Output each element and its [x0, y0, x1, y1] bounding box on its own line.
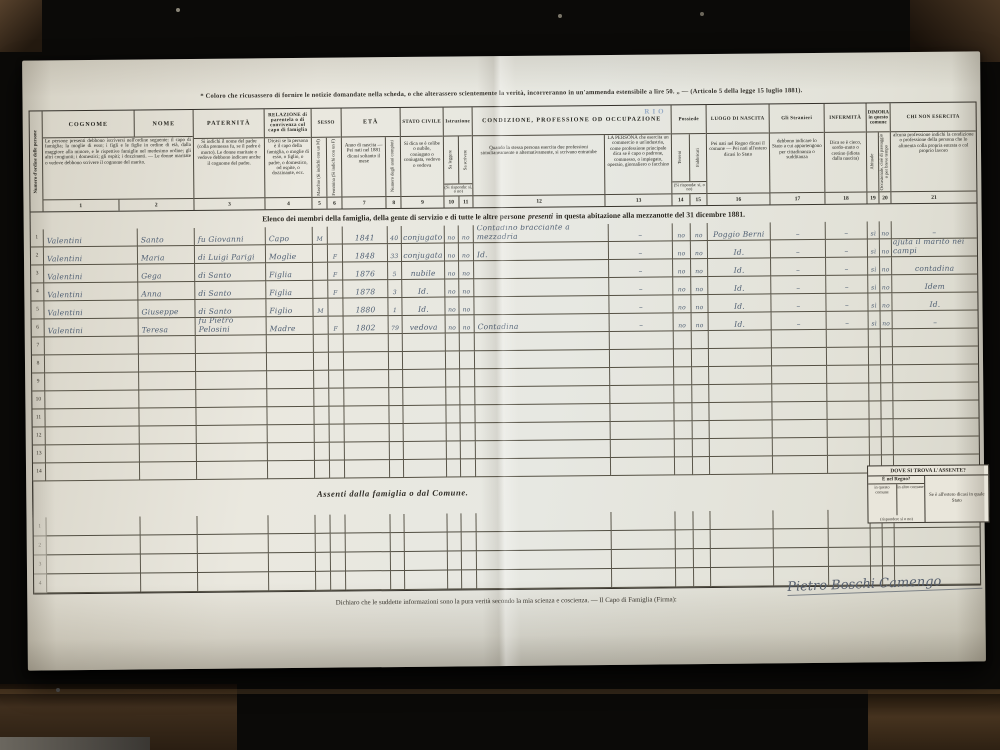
cell-paternita [196, 335, 267, 354]
cell-relazione [268, 443, 315, 461]
cell-paternita: di Santo [195, 281, 266, 300]
col-stato-civile: STATO CIVILE Si dica se è celibe o nubil… [401, 108, 445, 208]
col-numero-ordine: Numero d'ordine delle persone [30, 111, 44, 211]
cell-sesso-m [314, 407, 329, 425]
cell-sesso-f [330, 461, 345, 479]
cell-nome [139, 408, 196, 427]
cell-stato-civile [404, 424, 447, 442]
cell-stato-civile [403, 370, 446, 388]
cell-anno-nascita: 1841 [343, 226, 388, 244]
cell-anni-compiuti [389, 334, 403, 352]
cell-terreni [675, 421, 693, 439]
cell-infermita: – [826, 276, 868, 294]
cell-anno-nascita [346, 533, 391, 552]
cell-condizione [474, 278, 609, 297]
cell-relazione: Madre [267, 317, 314, 335]
cell-stato-civile [405, 571, 448, 590]
cell-anno-nascita: 1876 [343, 262, 388, 280]
cell-anni-compiuti [390, 442, 404, 460]
cell-condizione [475, 404, 610, 423]
cell-chi-non-esercita: ajuta il marito nei campi [892, 238, 977, 257]
col-stranieri: Gli Stranieri debbono indicare lo Stato … [770, 104, 826, 205]
cell-condizione [475, 332, 610, 351]
cell-dimora-abituale: sì [868, 239, 880, 257]
stranieri-desc: debbono indicare lo Stato a cui apparten… [770, 133, 825, 193]
cell-qualifica [610, 331, 674, 350]
cell-infermita [827, 365, 869, 383]
cell-sesso-m [316, 553, 331, 572]
cell-dimora-occasionale [883, 547, 895, 566]
cell-sa-leggere [447, 441, 461, 459]
cell-anni-compiuti [391, 571, 405, 590]
cell-terreni [674, 367, 692, 385]
cell-dimora-abituale: sì [868, 293, 880, 311]
cell-nome: Gega [138, 264, 195, 283]
col-dimora: DIMORA in questo comune Abituale Occasio… [867, 103, 892, 203]
la-persona-desc: LA PERSONA che esercita un commercio o u… [605, 134, 671, 169]
cell-sa-scrivere [460, 387, 475, 405]
cell-dimora-abituale [869, 329, 881, 347]
col-luogo-nascita: LUOGO DI NASCITA Pei nati nel Regno dica… [707, 104, 771, 205]
cell-fabbricati [692, 367, 709, 385]
colnum-15: 15 [690, 194, 707, 205]
row-number: 2 [34, 536, 47, 555]
cell-sa-scrivere [460, 351, 475, 369]
wood-table-edge [0, 689, 1000, 694]
sa-leggere-label: Sa leggere [444, 136, 458, 183]
cell-anni-compiuti [389, 370, 403, 388]
cell-stranieri [772, 384, 827, 403]
cell-stato-civile: Id. [402, 280, 445, 298]
cell-sa-leggere [446, 351, 460, 369]
cell-stato-civile [403, 406, 446, 424]
cell-sesso-f [329, 389, 344, 407]
cell-anni-compiuti: 40 [388, 226, 402, 244]
cell-dimora-occasionale: no [880, 275, 892, 293]
cell-fabbricati: no [691, 241, 708, 259]
colnum-10: 10 [444, 196, 459, 207]
cell-terreni [674, 349, 692, 367]
cell-anni-compiuti: 5 [388, 262, 402, 280]
cell-cognome [47, 554, 141, 574]
paternita-desc: Si indichi il nome del padre (colla prem… [194, 138, 265, 198]
assenti-title: Assenti dalla famiglia o dal Comune. [33, 485, 752, 502]
cell-sa-scrivere: no [459, 261, 474, 279]
colnum-8: 8 [387, 197, 401, 208]
cell-relazione [267, 389, 314, 407]
cell-qualifica [612, 568, 676, 588]
row-number: 10 [32, 391, 45, 409]
cognome-title: COGNOME [43, 111, 135, 138]
estero-label: Se è all'estero dicasi in quale Stato [925, 475, 988, 522]
row-number: 2 [31, 247, 44, 265]
cell-relazione [267, 335, 314, 353]
cell-sesso-m: M [313, 227, 328, 245]
cell-fabbricati: no [691, 295, 708, 313]
cell-anno-nascita: 1802 [344, 316, 389, 334]
cell-paternita [198, 553, 269, 573]
row-number: 3 [31, 265, 44, 283]
cell-qualifica [611, 439, 675, 458]
cell-sesso-f [328, 299, 343, 317]
cell-condizione [475, 350, 610, 369]
altro-comune-label: in altro comune [897, 484, 925, 515]
cell-qualifica [610, 349, 674, 368]
cell-anno-nascita: 1878 [343, 280, 388, 298]
cell-nome [141, 573, 198, 593]
cell-terreni [676, 549, 694, 568]
absent-box-regno: È nel Regno? in questo comune in altro c… [868, 476, 925, 523]
cell-sesso-f: F [329, 317, 344, 335]
cell-nome [139, 336, 196, 355]
cell-relazione [269, 553, 316, 572]
cell-paternita [197, 425, 268, 444]
cell-anni-compiuti [389, 406, 403, 424]
cell-qualifica [611, 421, 675, 440]
dimora-occasionale-label: Occasionale, cioè di passaggio o per bre… [879, 132, 891, 191]
cell-anno-nascita [346, 571, 391, 590]
cell-terreni [674, 403, 692, 421]
cell-cognome: Valentini [45, 319, 139, 338]
cell-qualifica [610, 403, 674, 422]
eta-anni-desc: Numero degli anni compiuti [386, 137, 400, 196]
cell-stato-civile: conjugato [402, 226, 445, 244]
cell-fabbricati [694, 549, 711, 568]
cell-relazione: Moglie [266, 245, 313, 263]
luogo-nascita-title: LUOGO DI NASCITA [707, 104, 769, 134]
cell-chi-non-esercita: Idem [892, 274, 977, 293]
col-possiede: Possiede Terreni Fabbricati (Si risponda… [672, 105, 708, 205]
cell-sesso-f: F [328, 245, 343, 263]
cell-infermita [827, 383, 869, 401]
cell-fabbricati: no [691, 277, 708, 295]
cell-anni-compiuti [390, 424, 404, 442]
stato-civile-title: STATO CIVILE [401, 108, 443, 137]
cell-dimora-occasionale [881, 329, 893, 347]
relazione-title: RELAZIONE di parentela o di convivenza c… [265, 109, 311, 138]
condizione-title: CONDIZIONE, PROFESSIONE OD OCCUPAZIONE [473, 105, 671, 136]
cell-sesso-m [316, 534, 331, 553]
cell-luogo-nascita [711, 529, 774, 549]
possiede-nota: (Si risponda: sì, o no) [672, 181, 706, 194]
cell-sesso-f [330, 425, 345, 443]
cell-stranieri [774, 529, 829, 549]
cell-anni-compiuti [390, 514, 404, 533]
cell-infermita: – [826, 222, 868, 240]
cell-sa-scrivere [462, 532, 477, 551]
cell-sa-leggere: no [445, 279, 459, 297]
cell-dimora-occasionale: no [880, 239, 892, 257]
cell-dimora-abituale [869, 401, 881, 419]
cell-relazione: Figlia [266, 263, 313, 281]
cell-anno-nascita [344, 370, 389, 388]
cell-sa-leggere [446, 387, 460, 405]
photo-background: * Coloro che ricusassero di fornire le n… [0, 0, 1000, 750]
col-eta: ETÀ Anno di nascita — Pei nati nel 1881 … [342, 108, 402, 209]
cell-sa-scrivere [460, 369, 475, 387]
cell-sesso-f [329, 335, 344, 353]
cell-sesso-f [330, 443, 345, 461]
cell-chi-non-esercita [895, 527, 980, 547]
cell-dimora-abituale [871, 528, 883, 547]
cell-fabbricati [693, 457, 710, 475]
cell-qualifica: – [610, 313, 674, 332]
table-body: 1ValentiniSantofu GiovanniCapoM184140con… [31, 220, 979, 481]
colnum-18: 18 [825, 193, 866, 204]
cell-terreni: no [673, 241, 691, 259]
cell-condizione [475, 368, 610, 387]
cell-condizione [476, 512, 611, 532]
cell-sa-scrivere [461, 423, 476, 441]
cell-qualifica [610, 385, 674, 404]
cell-cognome [47, 573, 141, 593]
cell-cognome: Valentini [44, 229, 138, 248]
census-table: Numero d'ordine delle persone COGNOME NO… [29, 101, 982, 594]
cell-stato-civile [404, 460, 447, 478]
row-number: 1 [33, 517, 46, 536]
cell-sa-leggere: no [445, 297, 459, 315]
cell-stato-civile [404, 514, 447, 533]
cell-qualifica: – [609, 295, 673, 314]
stranieri-title: Gli Stranieri [770, 104, 824, 134]
cell-anno-nascita [345, 460, 390, 478]
cell-relazione [268, 461, 315, 479]
nome-title: NOME [135, 110, 193, 137]
cell-dimora-abituale: sì [868, 275, 880, 293]
cell-anno-nascita [344, 334, 389, 352]
cell-sesso-m [313, 245, 328, 263]
cell-fabbricati [692, 385, 709, 403]
colnum-6: 6 [327, 198, 341, 209]
cell-stato-civile [404, 442, 447, 460]
cell-stranieri [773, 420, 828, 439]
colnum-5: 5 [312, 198, 327, 209]
cell-paternita: di Luigi Parigi [195, 245, 266, 264]
colnum-17: 17 [770, 193, 824, 205]
cell-terreni [675, 511, 693, 530]
cell-cognome: Valentini [44, 301, 138, 320]
wood-table-corner [0, 0, 42, 52]
cell-luogo-nascita: Id. [708, 240, 771, 259]
infermita-desc: Dica se è cieco, sordo-muto o cretino (i… [825, 133, 867, 192]
cell-sa-scrivere [462, 551, 477, 570]
cell-sesso-f [331, 572, 346, 591]
cell-stato-civile [405, 552, 448, 571]
cell-stranieri: – [771, 258, 826, 277]
cell-fabbricati [692, 349, 709, 367]
possiede-title: Possiede [672, 105, 706, 134]
cell-luogo-nascita [709, 402, 772, 421]
cell-nome [139, 354, 196, 373]
col-sesso: SESSO Maschio (Si indichi con un M) Femm… [312, 109, 343, 209]
cell-sesso-m [316, 572, 331, 591]
cell-relazione [267, 371, 314, 389]
cell-stato-civile: nubile [402, 262, 445, 280]
colnum-21: 21 [891, 191, 976, 203]
cell-infermita [828, 509, 870, 528]
cell-chi-non-esercita [894, 418, 979, 437]
cell-sa-scrivere: no [459, 297, 474, 315]
cell-sesso-m: M [313, 299, 328, 317]
cell-sesso-m [315, 425, 330, 443]
cell-anni-compiuti: 3 [388, 280, 402, 298]
cell-terreni: no [673, 259, 691, 277]
blue-stamp: RIO [644, 107, 666, 115]
cell-fabbricati [692, 403, 709, 421]
cell-chi-non-esercita: Id. [892, 292, 977, 311]
cell-chi-non-esercita [894, 436, 979, 455]
cell-condizione [474, 296, 609, 315]
cell-nome [139, 390, 196, 409]
cell-sa-leggere [446, 405, 460, 423]
cell-paternita [197, 515, 268, 535]
cell-qualifica: – [609, 259, 673, 278]
cell-stranieri [773, 510, 828, 530]
cell-condizione [477, 531, 612, 551]
cell-sesso-f: F [328, 281, 343, 299]
cell-sesso-f [331, 534, 346, 553]
wood-table-corner [868, 690, 1000, 750]
istruzione-nota: (Si risponda: sì, o no) [444, 183, 472, 196]
cell-qualifica: – [609, 277, 673, 296]
colnum-1: 1 [43, 200, 119, 212]
eta-title: ETÀ [342, 108, 400, 138]
cell-sesso-f [329, 353, 344, 371]
col-paternita: PATERNITÀ Si indichi il nome del padre (… [194, 109, 266, 210]
cell-sesso-m [313, 263, 328, 281]
colnum-9: 9 [401, 197, 443, 208]
cell-sa-leggere: no [445, 225, 459, 243]
cell-relazione: Figlio [266, 299, 313, 317]
colnum-7: 7 [342, 197, 387, 208]
cell-condizione [474, 260, 609, 279]
cell-sesso-m [314, 353, 329, 371]
cell-condizione [475, 386, 610, 405]
cell-relazione [269, 572, 316, 591]
cell-anno-nascita [344, 406, 389, 424]
cell-luogo-nascita [710, 420, 773, 439]
cell-anni-compiuti [391, 533, 405, 552]
stato-civile-desc: Si dica se è celibe o nubile, coniugato … [401, 137, 444, 196]
cell-sa-scrivere [460, 333, 475, 351]
col-cognome-nome: COGNOME NOME Le persone presenti debbono… [43, 110, 195, 211]
cell-anni-compiuti: 1 [388, 298, 402, 316]
cell-condizione: Contadino bracciante a mezzadria [474, 224, 609, 243]
row-number: 14 [33, 463, 46, 481]
table-header: Numero d'ordine delle persone COGNOME NO… [30, 102, 977, 212]
row-number: 12 [33, 427, 46, 445]
cell-stranieri [774, 548, 829, 568]
cell-fabbricati: no [691, 223, 708, 241]
cell-paternita: di Santo [195, 299, 266, 318]
cell-sa-leggere [446, 369, 460, 387]
cell-chi-non-esercita [893, 382, 978, 401]
cell-terreni [676, 568, 694, 587]
cell-luogo-nascita [709, 330, 772, 349]
cell-fabbricati [692, 331, 709, 349]
cell-condizione: Contadina [475, 314, 610, 333]
cell-fabbricati [694, 530, 711, 549]
cell-chi-non-esercita: – [892, 220, 977, 239]
cell-fabbricati: no [692, 313, 709, 331]
colnum-12: 12 [473, 195, 605, 207]
cell-terreni: no [673, 295, 691, 313]
cell-chi-non-esercita: contadina [892, 256, 977, 275]
cell-fabbricati [694, 568, 711, 587]
cell-anni-compiuti [391, 552, 405, 571]
colnum-19: 19 [867, 192, 879, 203]
sesso-title: SESSO [312, 109, 341, 138]
cell-anni-compiuti: 33 [388, 244, 402, 262]
colnum-16: 16 [707, 193, 769, 205]
banner-post: in questa abitazione alla mezzanotte del… [556, 210, 745, 221]
cell-chi-non-esercita: – [893, 310, 978, 329]
cell-sesso-m [315, 443, 330, 461]
cell-paternita [197, 443, 268, 462]
cell-sa-leggere [447, 459, 461, 477]
cell-sa-leggere [446, 333, 460, 351]
terreni-label: Terreni [672, 134, 689, 181]
cell-qualifica: – [609, 241, 673, 260]
cell-stranieri: – [772, 312, 827, 331]
cell-condizione [477, 550, 612, 570]
cell-nome [141, 554, 198, 574]
cell-anno-nascita [345, 424, 390, 442]
cell-sa-scrivere: no [460, 315, 475, 333]
chi-non-esercita-desc: alcuna professione indichi la condizione… [891, 131, 977, 191]
cell-condizione [476, 458, 611, 477]
cell-cognome: Valentini [44, 265, 138, 284]
cell-sa-scrivere [462, 570, 477, 589]
cell-stranieri [772, 330, 827, 349]
cell-stranieri [773, 438, 828, 457]
cell-terreni [676, 530, 694, 549]
luogo-nascita-desc: Pei nati nel Regno dicasi il comune — Pe… [707, 133, 770, 193]
row-number: 3 [34, 555, 47, 574]
cell-sa-leggere [448, 551, 462, 570]
cell-dimora-occasionale [881, 347, 893, 365]
cell-sa-leggere: no [445, 243, 459, 261]
cell-relazione [268, 515, 315, 534]
cell-cognome [46, 516, 140, 536]
banner-pre: Elenco dei membri della famiglia, della … [262, 212, 525, 224]
cell-relazione: Figlia [266, 281, 313, 299]
cell-nome [140, 426, 197, 445]
cell-stranieri [772, 402, 827, 421]
cell-luogo-nascita: Poggio Berni [708, 222, 771, 241]
paternita-title: PATERNITÀ [194, 109, 264, 139]
cell-qualifica: – [609, 223, 673, 242]
cell-dimora-abituale: sì [868, 257, 880, 275]
cell-infermita [829, 547, 871, 566]
row-number: 1 [31, 229, 44, 247]
colnum-4: 4 [265, 198, 311, 209]
cell-cognome [45, 373, 139, 392]
cell-qualifica [611, 457, 675, 476]
sesso-maschio-label: Maschio (Si indichi con un M) [312, 138, 327, 197]
cell-cognome [46, 445, 140, 464]
cell-sesso-f [331, 553, 346, 572]
cell-stato-civile [403, 334, 446, 352]
sa-scrivere-label: Sa scrivere [458, 136, 472, 183]
cell-luogo-nascita: Id. [708, 294, 771, 313]
cell-paternita [197, 461, 268, 480]
cell-nome [141, 535, 198, 555]
cell-relazione: Capo [266, 227, 313, 245]
cell-cognome: Valentini [44, 247, 138, 266]
cell-infermita [828, 455, 870, 473]
cell-relazione [267, 353, 314, 371]
